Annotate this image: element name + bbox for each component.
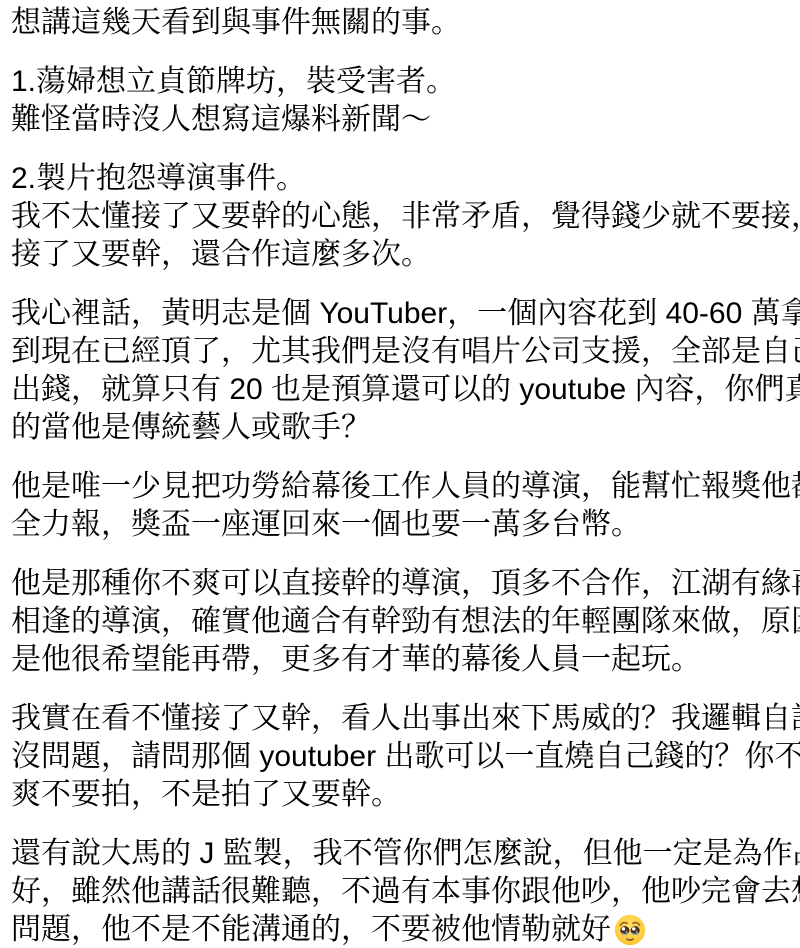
paragraph-credit: 他是唯一少見把功勞給幕後工作人員的導演，能幫忙報獎他都 全力報，獎盃一座運回來一… [11,468,794,544]
text-line: 沒問題，請問那個 youtuber 出歌可以一直燒自己錢的？你不 [11,738,794,776]
text-line: 到現在已經頂了，尤其我們是沒有唱片公司支援，全部是自己 [11,333,794,371]
text-line: 想講這幾天看到與事件無關的事。 [11,4,794,42]
paragraph-logic: 我實在看不懂接了又幹，看人出事出來下馬威的？我邏輯自認 沒問題，請問那個 you… [11,700,794,814]
paragraph-point-2: 2.製片抱怨導演事件。 我不太懂接了又要幹的心態，非常矛盾，覺得錢少就不要接， … [11,160,794,274]
text-line-with-emoji: 問題，他不是不能溝通的，不要被他情勒就好 [11,911,794,948]
post-text-body: 想講這幾天看到與事件無關的事。 1.蕩婦想立貞節牌坊，裝受害者。 難怪當時沒人想… [0,0,800,948]
text-line: 我實在看不懂接了又幹，看人出事出來下馬威的？我邏輯自認 [11,700,794,738]
text-line: 爽不要拍，不是拍了又要幹。 [11,776,794,814]
text-line: 我心裡話，黃明志是個 YouTuber，一個內容花到 40-60 萬拿 [11,295,794,333]
text-line: 還有說大馬的 J 監製，我不管你們怎麼說，但他一定是為作品 [11,835,794,873]
text-line: 他是那種你不爽可以直接幹的導演，頂多不合作，江湖有緣再 [11,565,794,603]
text-line: 我不太懂接了又要幹的心態，非常矛盾，覺得錢少就不要接， [11,198,794,236]
text-line: 接了又要幹，還合作這麼多次。 [11,236,794,274]
text-line: 問題，他不是不能溝通的，不要被他情勒就好 [11,911,611,948]
text-line: 的當他是傳統藝人或歌手？ [11,409,794,447]
text-line: 是他很希望能再帶，更多有才華的幕後人員一起玩。 [11,641,794,679]
text-line: 出錢，就算只有 20 也是預算還可以的 youtube 內容，你們真 [11,371,794,409]
text-line: 全力報，獎盃一座運回來一個也要一萬多台幣。 [11,506,794,544]
paragraph-point-1: 1.蕩婦想立貞節牌坊，裝受害者。 難怪當時沒人想寫這爆料新聞～ [11,63,794,139]
paragraph-budget: 我心裡話，黃明志是個 YouTuber，一個內容花到 40-60 萬拿 到現在已… [11,295,794,447]
paragraph-director-style: 他是那種你不爽可以直接幹的導演，頂多不合作，江湖有緣再 相逢的導演，確實他適合有… [11,565,794,679]
paragraph-intro: 想講這幾天看到與事件無關的事。 [11,4,794,42]
text-line: 好，雖然他講話很難聽，不過有本事你跟他吵，他吵完會去想 [11,873,794,911]
paragraph-j-producer: 還有說大馬的 J 監製，我不管你們怎麼說，但他一定是為作品 好，雖然他講話很難聽… [11,835,794,948]
text-line: 難怪當時沒人想寫這爆料新聞～ [11,101,794,139]
text-line: 1.蕩婦想立貞節牌坊，裝受害者。 [11,63,794,101]
face-holding-back-tears-emoji [614,914,646,946]
text-line: 相逢的導演，確實他適合有幹勁有想法的年輕團隊來做，原因 [11,603,794,641]
text-line: 2.製片抱怨導演事件。 [11,160,794,198]
text-line: 他是唯一少見把功勞給幕後工作人員的導演，能幫忙報獎他都 [11,468,794,506]
